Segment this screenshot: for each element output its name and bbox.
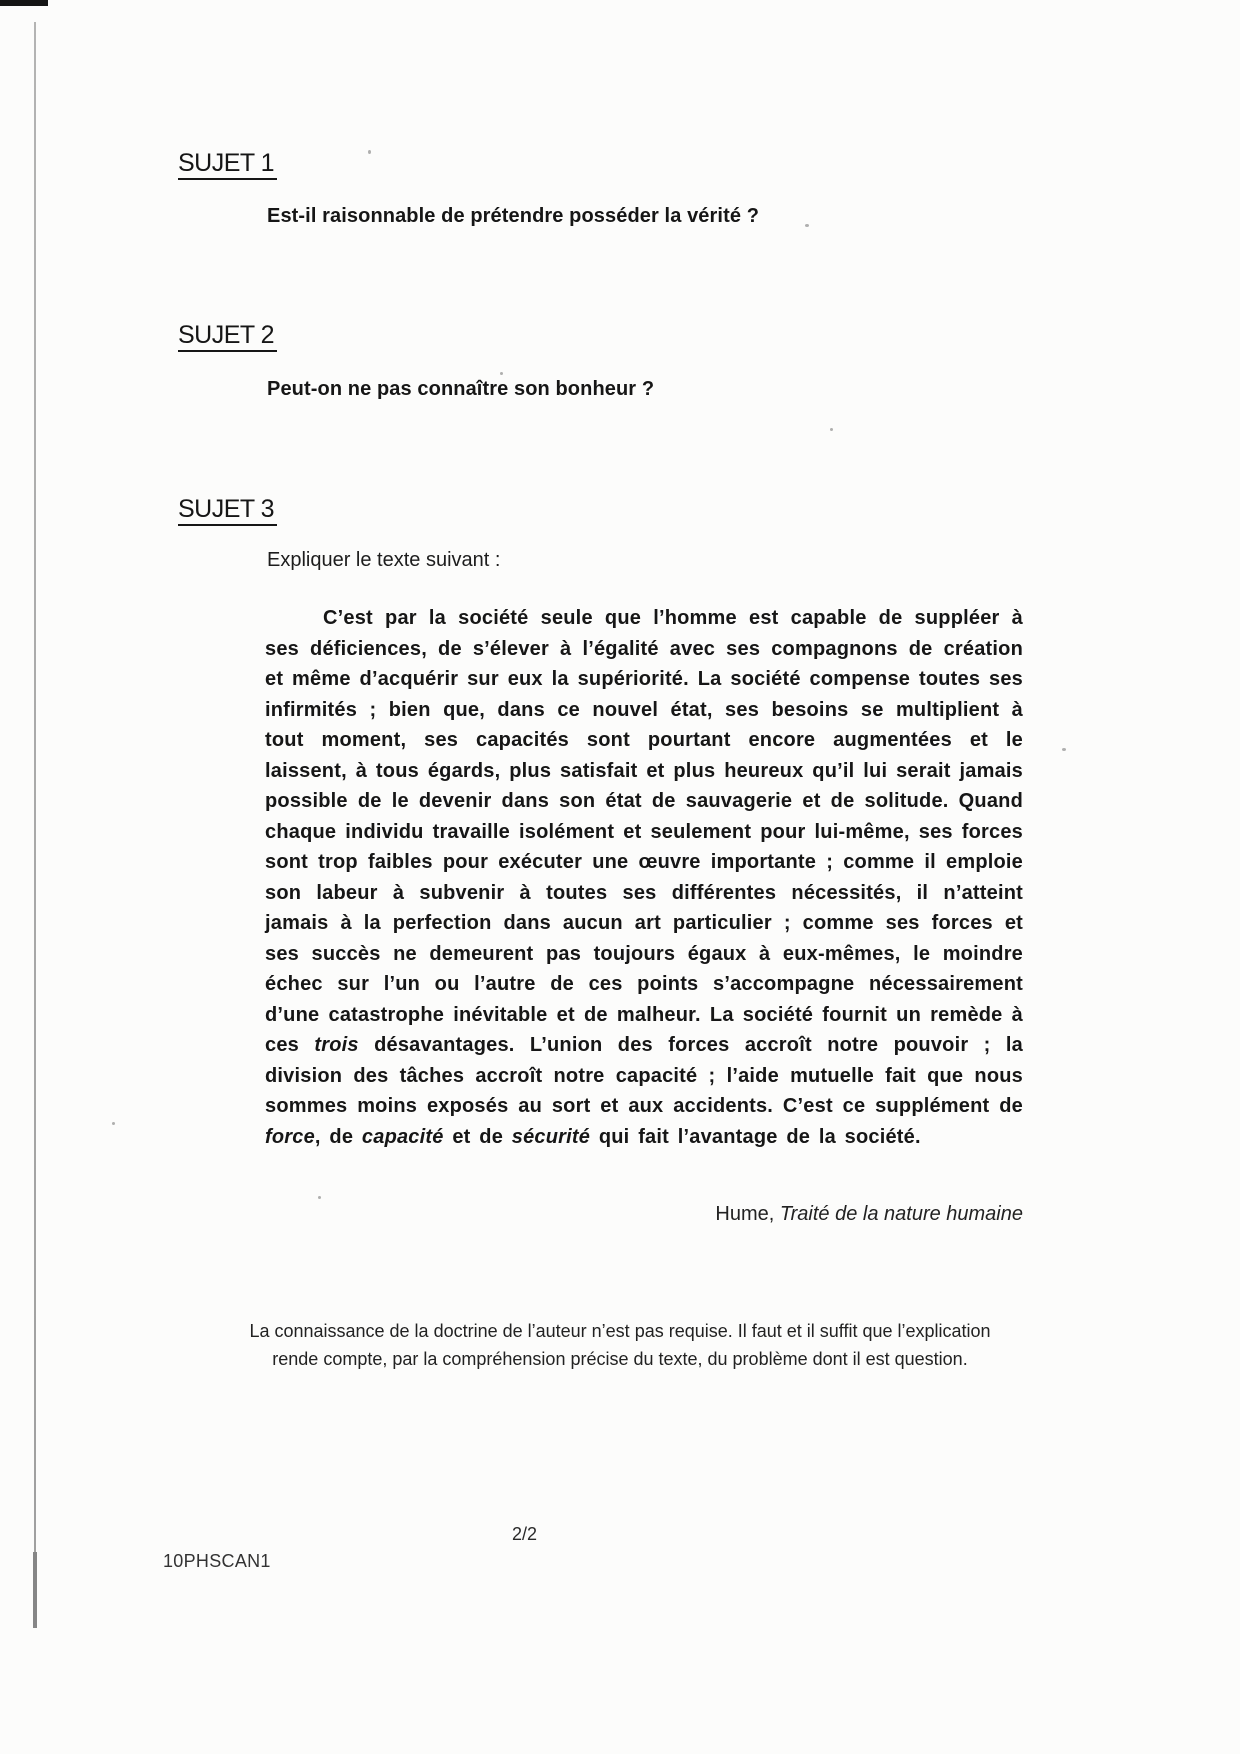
scanned-exam-page: SUJET 1 Est-il raisonnable de prétendre … [0,0,1240,1754]
page-number: 2/2 [512,1524,537,1545]
sujet1-heading: SUJET 1 [178,151,277,180]
scan-speck [368,150,371,154]
examiner-note: La connaissance de la doctrine de l’aute… [140,1318,1100,1373]
scan-speck [500,372,503,375]
scan-speck [830,428,833,431]
sujet1-question: Est-il raisonnable de prétendre posséder… [267,205,759,228]
scan-vertical-line-end [33,1552,37,1628]
sujet3-heading: SUJET 3 [178,497,277,526]
sujet3-text: C’est par la société seule que l’homme e… [265,603,1023,1152]
scan-vertical-line [34,22,36,1552]
scan-speck [112,1122,115,1125]
scan-speck [318,1196,321,1199]
examiner-note-line1: La connaissance de la doctrine de l’aute… [140,1318,1100,1346]
sujet2-question: Peut-on ne pas connaître son bonheur ? [267,378,654,401]
text-attribution: Hume, Traité de la nature humaine [265,1203,1023,1226]
scan-corner-mark [0,0,48,6]
attribution-author: Hume, [715,1203,779,1225]
sujet3-instruction: Expliquer le texte suivant : [267,549,500,572]
examiner-note-line2: rende compte, par la compréhension préci… [140,1346,1100,1374]
scan-speck [1062,748,1066,751]
document-code: 10PHSCAN1 [163,1551,271,1572]
attribution-work-title: Traité de la nature humaine [780,1203,1023,1225]
scan-speck [805,224,809,227]
sujet2-heading: SUJET 2 [178,323,277,352]
